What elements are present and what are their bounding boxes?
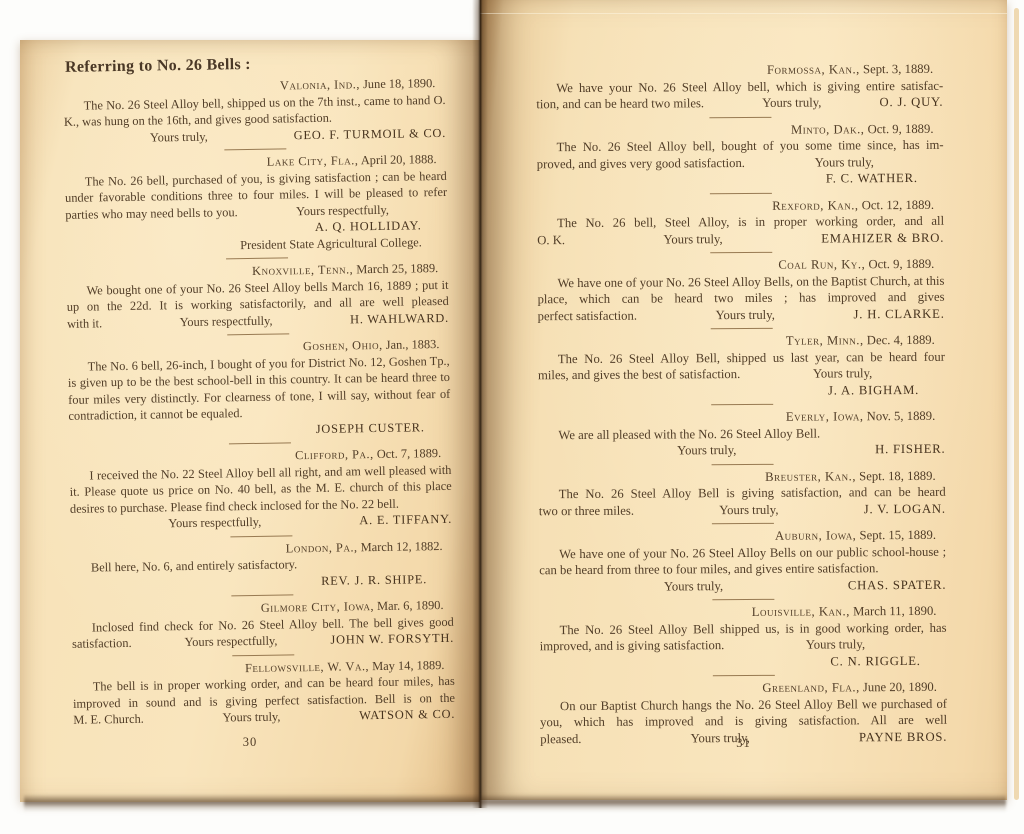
letter-signature: JOHN W. FORSYTH. xyxy=(330,630,454,648)
letter-body: The No. 6 bell, 26-inch, I bought of you… xyxy=(68,352,451,424)
letter-dateline: Everly, Iowa, Nov. 5, 1889. xyxy=(538,408,945,427)
letter-tail-text: M. E. Church. xyxy=(73,711,144,729)
letter-place: Goshen, Ohio, xyxy=(303,338,383,353)
letter-closing: Yours truly, xyxy=(719,501,778,518)
letter-tail-text: O. K. xyxy=(537,232,565,249)
letter-place: Louisville, Kan., xyxy=(752,604,850,619)
letter-closing: Yours truly, xyxy=(677,442,736,459)
letter-tail-text: two or three miles. xyxy=(539,502,634,519)
letter-closing: Yours truly, xyxy=(663,231,722,248)
letter-closing: Yours respectfully, xyxy=(296,201,389,219)
testimonial-letter: Valonia, Ind., June 18, 1890. The No. 26… xyxy=(63,75,446,153)
letter-date: April 20, 1888. xyxy=(361,152,437,167)
letter-place: Everly, Iowa, xyxy=(786,409,864,423)
letter-closing: Yours respectfully, xyxy=(168,514,261,532)
bottom-shadow xyxy=(24,794,1006,812)
letter-date: March 25, 1889. xyxy=(356,261,438,276)
letter-divider xyxy=(231,594,293,596)
letter-closing: Yours respectfully, xyxy=(184,633,277,651)
letter-divider xyxy=(712,599,774,600)
letter-body: We have one of your No. 26 Steel Alloy B… xyxy=(537,272,944,307)
letter-signature: H. WAHLWARD. xyxy=(350,309,449,327)
letter-closing: Yours truly, xyxy=(664,578,723,595)
letter-divider xyxy=(709,192,771,193)
left-page-letters: Valonia, Ind., June 18, 1890. The No. 26… xyxy=(63,75,455,728)
letter-place: Minto, Dak., xyxy=(791,122,865,136)
letter-place: Formossa, Kan., xyxy=(767,62,860,77)
letter-signature: EMAHIZER & BRO. xyxy=(821,229,944,246)
letter-place: Clifford, Pa., xyxy=(295,447,374,462)
book-page-left: Referring to No. 26 Bells : Valonia, Ind… xyxy=(20,40,480,802)
letter-dateline: Tyler, Minn., Dec. 4, 1889. xyxy=(538,332,945,351)
letter-signature-row: Yours truly, H. FISHER. xyxy=(538,441,945,460)
letter-place: Fellowsville, W. Va., xyxy=(245,659,369,675)
testimonial-letter: Clifford, Pa., Oct. 7, 1889. I received … xyxy=(69,445,452,539)
letter-signature-row: tion, and can be heard two miles. Yours … xyxy=(536,94,943,113)
letter-body: On our Baptist Church hangs the No. 26 S… xyxy=(540,695,947,730)
letter-signature: CHAS. SPATER. xyxy=(848,576,947,593)
testimonial-letter: Gilmore City, Iowa, Mar. 6, 1890. Inclos… xyxy=(71,597,454,658)
letter-date: May 14, 1889. xyxy=(372,657,444,672)
letter-body: The No. 26 Steel Alloy Bell, shipped us … xyxy=(538,348,945,367)
testimonial-letter: Goshen, Ohio, Jan., 1883. The No. 6 bell… xyxy=(67,336,451,447)
gutter-shadow xyxy=(472,0,488,808)
letter-tail-text: miles, and gives the best of satisfactio… xyxy=(538,366,740,384)
letter-place: Rexford, Kan., xyxy=(772,198,858,213)
letter-tail-text: satisfaction. xyxy=(72,635,132,652)
letter-closing: Yours truly, xyxy=(716,306,775,323)
letter-after-line: F. C. WATHER. xyxy=(537,170,944,189)
letter-signature: H. FISHER. xyxy=(875,441,945,458)
letter-place: Knoxville, Tenn., xyxy=(252,262,353,278)
right-page-content: Formossa, Kan., Sept. 3, 1889. We have y… xyxy=(480,0,1007,748)
letter-date: Oct. 9, 1889. xyxy=(868,257,934,271)
letter-after-line: J. A. BIGHAM. xyxy=(538,381,945,400)
letter-tail-text: proved, and gives very good satisfaction… xyxy=(537,154,745,172)
letter-divider xyxy=(226,257,288,259)
letter-date: Sept. 18, 1889. xyxy=(859,468,936,482)
letter-signature-row: perfect satisfaction. Yours truly, J. H.… xyxy=(538,305,945,324)
letter-place: Greenland, Fla., xyxy=(762,680,859,695)
letter-signature: GEO. F. TURMOIL & CO. xyxy=(294,124,447,143)
letter-dateline: Coal Run, Ky., Oct. 9, 1889. xyxy=(537,256,944,275)
letter-divider xyxy=(229,442,291,444)
testimonial-letter: Lake City, Fla., April 20, 1888. The No.… xyxy=(64,151,448,262)
letter-place: Auburn, Iowa, xyxy=(775,528,856,542)
letter-divider xyxy=(712,675,774,676)
letter-closing: Yours truly, xyxy=(815,154,874,171)
testimonial-letter: Tyler, Minn., Dec. 4, 1889. The No. 26 S… xyxy=(538,332,945,406)
letter-dateline: Greenland, Fla., June 20, 1890. xyxy=(540,679,947,698)
letter-closing: Yours truly, xyxy=(150,128,208,145)
letter-divider xyxy=(711,404,773,405)
letter-divider xyxy=(224,148,286,150)
testimonial-letter: Louisville, Kan., March 11, 1890. The No… xyxy=(539,603,946,677)
letter-divider xyxy=(227,333,289,335)
letter-body: The No. 26 Steel Alloy Bell shipped us, … xyxy=(540,619,947,638)
letter-tail-text: perfect satisfaction. xyxy=(538,307,637,324)
letter-tail-text: with it. xyxy=(67,315,102,332)
page-heading: Referring to No. 26 Bells : xyxy=(65,53,445,77)
letter-after-line: C. N. RIGGLE. xyxy=(540,652,947,671)
book-scan: Referring to No. 26 Bells : Valonia, Ind… xyxy=(0,0,1024,834)
letter-divider xyxy=(710,328,772,329)
testimonial-letter: Auburn, Iowa, Sept. 15, 1889. We have on… xyxy=(539,527,946,601)
letter-place: London, Pa., xyxy=(286,540,358,555)
letter-date: June 20, 1890. xyxy=(863,680,937,694)
letter-divider xyxy=(232,654,294,656)
testimonial-letter: Coal Run, Ky., Oct. 9, 1889. We have one… xyxy=(537,256,944,330)
letter-divider xyxy=(709,116,771,117)
letter-date: Nov. 5, 1889. xyxy=(867,409,936,423)
letter-date: Sept. 3, 1889. xyxy=(863,62,933,76)
letter-date: Oct. 9, 1889. xyxy=(868,121,934,135)
testimonial-letter: Formossa, Kan., Sept. 3, 1889. We have y… xyxy=(536,61,943,119)
right-page-letters: Formossa, Kan., Sept. 3, 1889. We have y… xyxy=(536,61,947,747)
letter-tail-text: improved, and is giving satisfaction. xyxy=(540,637,725,655)
letter-signature-row: O. K. Yours truly, EMAHIZER & BRO. xyxy=(537,229,944,248)
letter-date: March 11, 1890. xyxy=(853,604,936,619)
letter-signature-row: two or three miles. Yours truly, J. V. L… xyxy=(539,500,946,519)
page-number-left: 30 xyxy=(20,735,480,750)
letter-signature: A. E. TIFFANY. xyxy=(359,511,452,529)
letter-place: Tyler, Minn., xyxy=(786,333,864,347)
letter-body: The No. 26 bell, purchased of you, is gi… xyxy=(65,167,447,206)
letter-place: Coal Run, Ky., xyxy=(778,257,865,272)
testimonial-letter: London, Pa., March 12, 1882. Bell here, … xyxy=(71,537,454,598)
letter-place: Valonia, Ind., xyxy=(280,77,360,92)
letter-date: Dec. 4, 1889. xyxy=(867,333,935,347)
letter-signature: J. H. CLARKE. xyxy=(853,305,944,322)
letter-closing: Yours truly, xyxy=(813,365,872,382)
letter-closing: Yours truly, xyxy=(222,709,280,726)
page-edge-sliver xyxy=(1014,8,1019,800)
letter-tail-text: parties who may need bells to you. xyxy=(65,204,238,223)
letter-date: June 18, 1890. xyxy=(363,76,435,91)
left-page-content: Referring to No. 26 Bells : Valonia, Ind… xyxy=(20,40,480,729)
letter-divider xyxy=(710,252,772,253)
testimonial-letter: Minto, Dak., Oct. 9, 1889. The No. 26 St… xyxy=(536,120,943,194)
letter-dateline: Louisville, Kan., March 11, 1890. xyxy=(539,603,946,622)
book-page-right: Formossa, Kan., Sept. 3, 1889. We have y… xyxy=(480,0,1007,800)
letter-tail-text: tion, and can be heard two miles. xyxy=(536,95,704,113)
letter-date: Oct. 12, 1889. xyxy=(862,197,934,211)
testimonial-letter: Knoxville, Tenn., March 25, 1889. We bou… xyxy=(66,260,449,338)
letter-date: March 12, 1882. xyxy=(361,538,443,553)
page-number-right: 31 xyxy=(480,736,1007,751)
testimonial-letter: Everly, Iowa, Nov. 5, 1889. We are all p… xyxy=(538,408,945,466)
letter-closing: Yours respectfully, xyxy=(179,312,272,330)
letter-divider xyxy=(230,535,292,537)
letter-date: Sept. 15, 1889. xyxy=(859,528,936,542)
letter-body: We have one of your No. 26 Steel Alloy B… xyxy=(539,543,946,578)
letter-closing: Yours truly, xyxy=(762,95,821,112)
letter-body: The No. 26 Steel Alloy bell, bought of y… xyxy=(537,137,944,156)
letter-signature: O. J. QUY. xyxy=(879,94,943,111)
letter-date: Jan., 1883. xyxy=(386,337,440,352)
letter-place: Lake City, Fla., xyxy=(267,153,359,168)
letter-body: I received the No. 22 Steel Alloy bell a… xyxy=(69,461,452,516)
letter-dateline: Auburn, Iowa, Sept. 15, 1889. xyxy=(539,527,946,546)
testimonial-letter: Breuster, Kan., Sept. 18, 1889. The No. … xyxy=(539,467,946,525)
letter-divider xyxy=(711,523,773,524)
testimonial-letter: Rexford, Kan., Oct. 12, 1889. The No. 26… xyxy=(537,196,944,254)
letter-place: Breuster, Kan., xyxy=(765,469,856,484)
letter-date: Mar. 6, 1890. xyxy=(377,598,444,613)
letter-divider xyxy=(711,463,773,464)
letter-signature: J. V. LOGAN. xyxy=(864,500,946,517)
testimonial-letter: Fellowsville, W. Va., May 14, 1889. The … xyxy=(72,656,455,728)
letter-signature: WATSON & CO. xyxy=(359,706,455,724)
letter-date: Oct. 7, 1889. xyxy=(377,446,442,461)
letter-closing: Yours truly, xyxy=(806,636,865,653)
letter-place: Gilmore City, Iowa, xyxy=(261,599,374,615)
letter-dateline: Formossa, Kan., Sept. 3, 1889. xyxy=(536,61,943,80)
letter-signature-row: Yours truly, CHAS. SPATER. xyxy=(539,576,946,595)
